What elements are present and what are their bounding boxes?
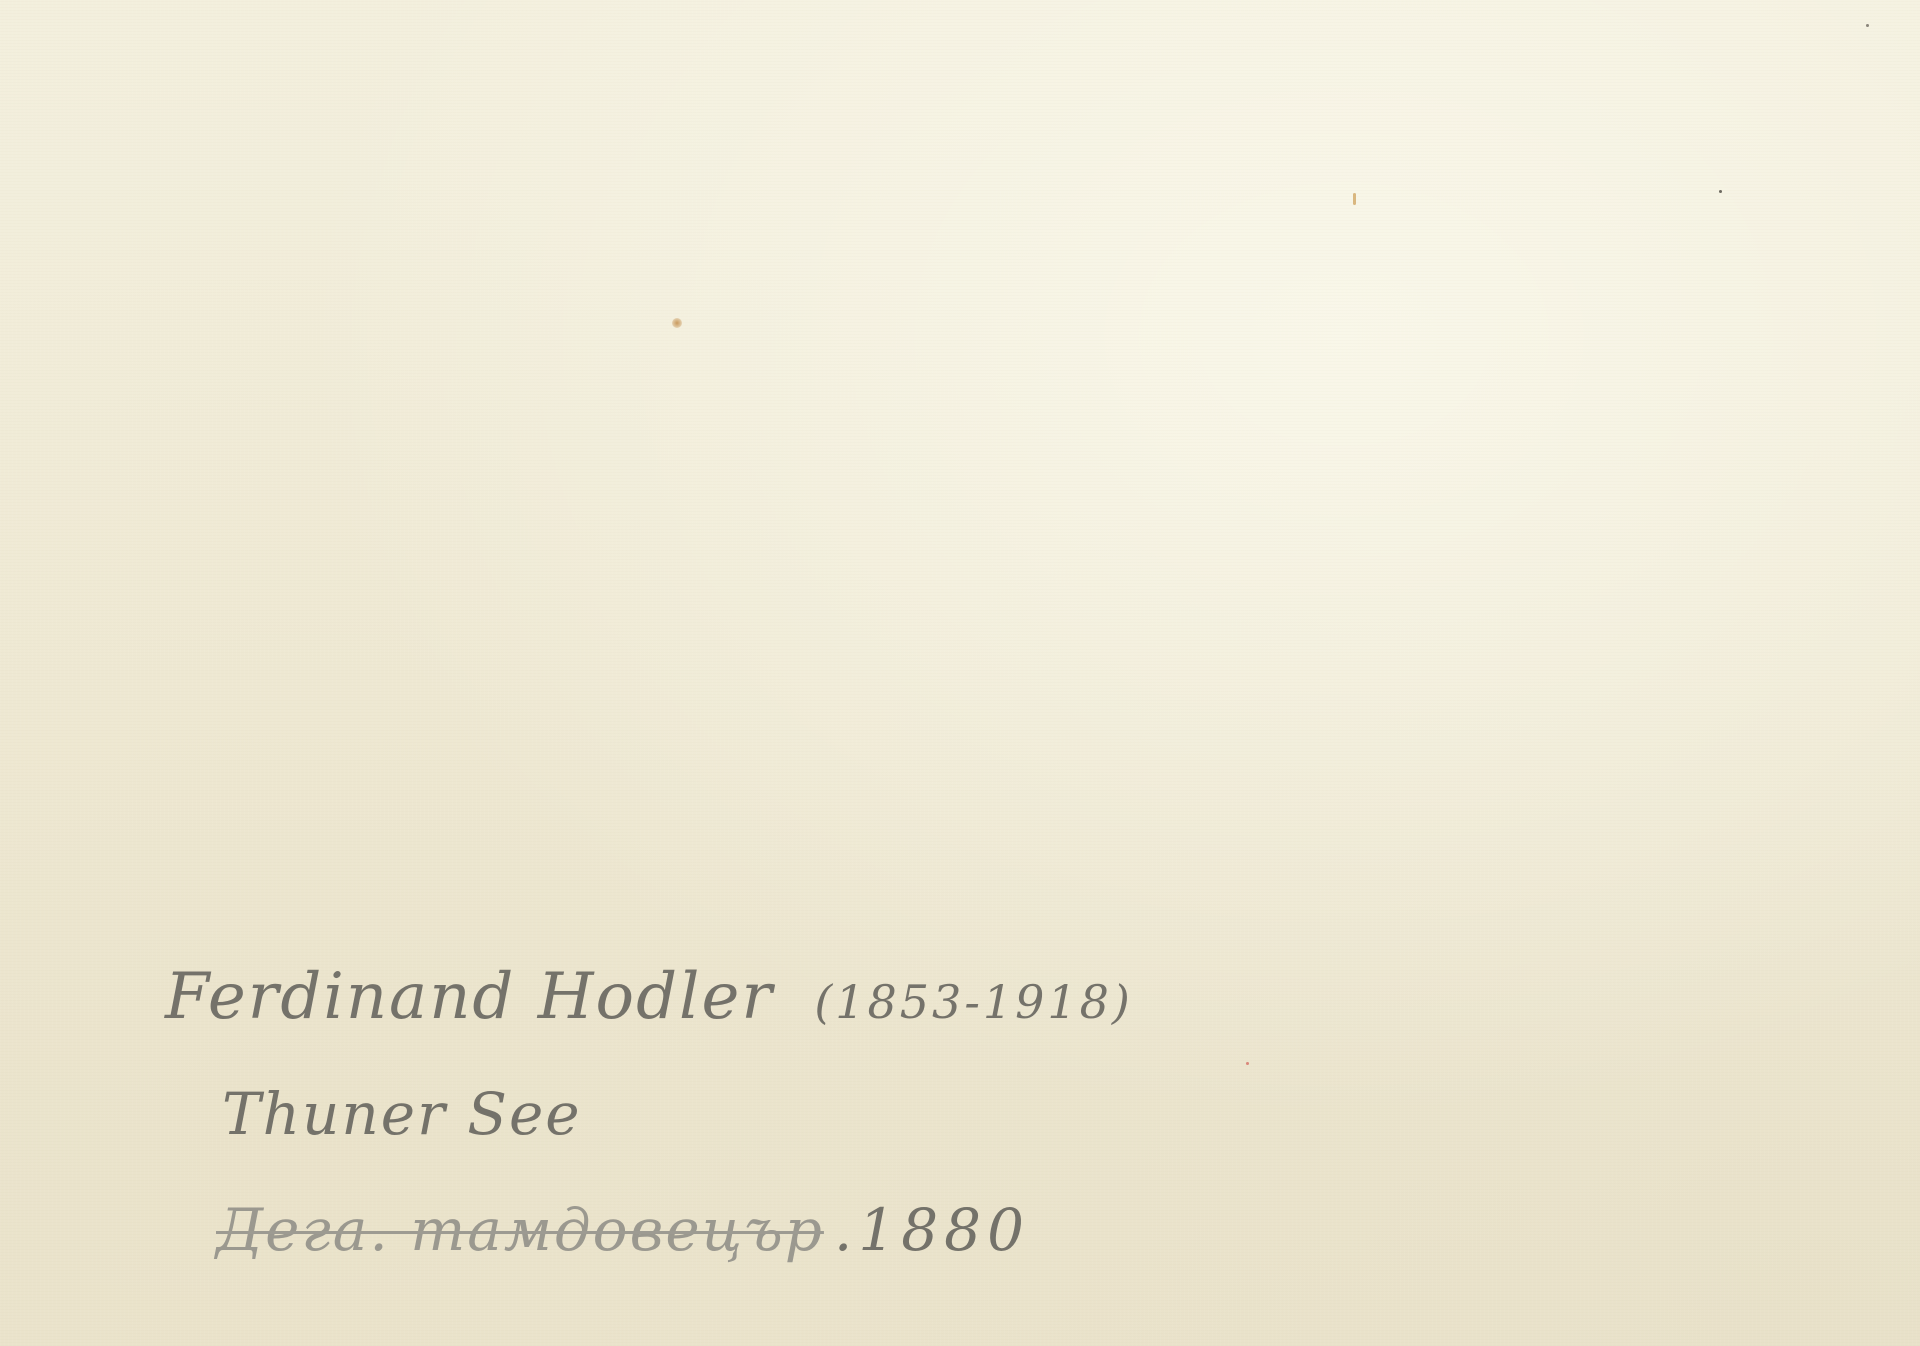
foxing-stain — [672, 318, 682, 328]
artist-line: Ferdinand Hodler (1853-1918) — [165, 960, 1133, 1034]
artist-name: Ferdinand Hodler — [165, 960, 774, 1034]
struck-through-text: Дега. тамдовецър — [216, 1196, 824, 1264]
date-line: Дега. тамдовецър.1880 — [216, 1196, 1030, 1264]
speck — [1719, 190, 1722, 193]
speck — [1866, 24, 1869, 27]
paper-fiber-mark — [1353, 193, 1356, 205]
title-line: Thuner See — [222, 1080, 582, 1148]
artist-dates: (1853-1918) — [814, 975, 1133, 1029]
artwork-year: .1880 — [834, 1196, 1030, 1264]
speck — [1246, 1062, 1249, 1065]
artwork-title: Thuner See — [222, 1080, 582, 1148]
paper-sheet: Ferdinand Hodler (1853-1918) Thuner See … — [0, 0, 1920, 1346]
